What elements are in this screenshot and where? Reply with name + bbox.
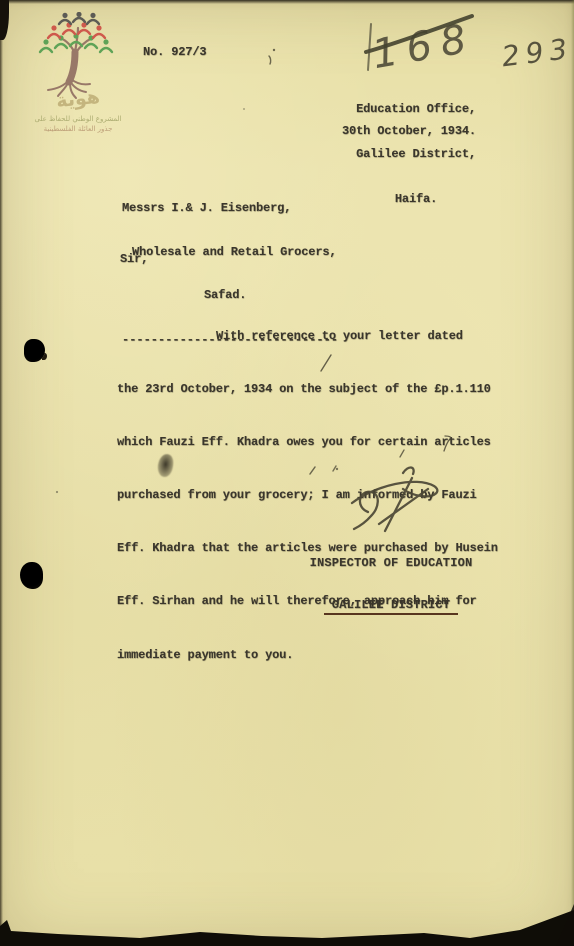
watermark-logo: هوية المشروع الوطني للحفاظ على جذور العا… — [28, 12, 128, 144]
sender-district: Galilee District, — [345, 147, 487, 162]
recipient-line-2: Wholesale and Retail Grocers, — [122, 245, 338, 260]
handwritten-corner-number: 293 — [500, 32, 574, 73]
inspector-title-line-2: GALILEE DISTRICT — [303, 598, 479, 615]
paper-edge-top — [0, 0, 574, 4]
ref-number: No. 927/3 — [143, 45, 206, 59]
scanned-letter-page: هوية المشروع الوطني للحفاظ على جذور العا… — [0, 0, 574, 946]
body-line: immediate payment to you. — [117, 648, 527, 673]
salutation: Sir, — [120, 252, 148, 266]
letter-date: 30th October, 1934. — [342, 124, 476, 138]
body-line: purchased from your grocery; I am inform… — [117, 488, 527, 513]
handwritten-crossed-number: 168 — [369, 15, 479, 78]
signature-title-block: INSPECTOR OF EDUCATION GALILEE DISTRICT — [303, 528, 479, 643]
watermark-org-line-2: جذور العائلة الفلسطينية — [28, 125, 128, 133]
punch-hole-top — [24, 339, 45, 362]
watermark-org-line-1: المشروع الوطني للحفاظ على — [28, 115, 128, 123]
body-line: With reference to your letter dated — [117, 329, 527, 354]
sender-address: Education Office, Galilee District, Haif… — [345, 72, 487, 237]
body-line: the 23rd October, 1934 on the subject of… — [117, 382, 527, 407]
body-line: which Fauzi Eff. Khadra owes you for cer… — [117, 435, 527, 460]
recipient-line-1: Messrs I.& J. Eisenberg, — [122, 201, 338, 216]
paper-edge-bottom — [0, 900, 574, 946]
paper-edge-left — [0, 0, 3, 946]
paper-corner-shadow — [0, 0, 9, 40]
inspector-title-line-1: INSPECTOR OF EDUCATION — [303, 556, 479, 570]
punch-hole-bottom — [20, 562, 43, 589]
stray-pen-stroke — [368, 24, 371, 70]
strikethrough-stroke — [366, 16, 472, 52]
sender-office: Education Office, — [345, 102, 487, 117]
sender-city: Haifa. — [345, 192, 487, 207]
